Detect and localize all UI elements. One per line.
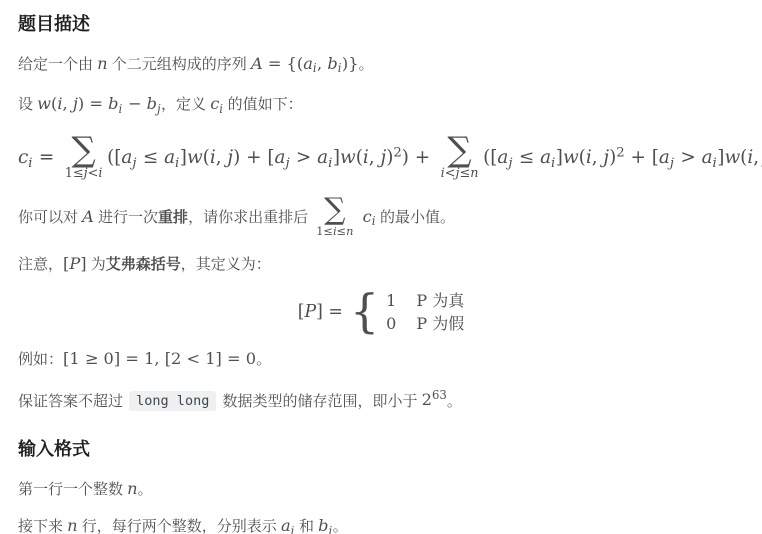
case-condition: P 为假 (416, 313, 464, 334)
cases-rows: 1P 为真0P 为假 (386, 290, 464, 334)
sigma-icon: ∑ (324, 196, 345, 224)
inline-math: ci (210, 94, 223, 113)
paragraph-iverson-note: 注意，[P] 为艾弗森括号，其定义为： (18, 253, 744, 276)
case-value: 1 (386, 290, 396, 311)
inline-math: [P] (63, 254, 87, 273)
paragraph-example: 例如：[1 ≥ 0] = 1, [2 < 1] = 0。 (18, 348, 744, 371)
paragraph-w-definition: 设 w(i, j) = bi − bj，定义 ci 的值如下： (18, 93, 744, 119)
text-run: 的值如下： (223, 96, 302, 113)
text-run: 接下来 (18, 518, 67, 534)
sigma-icon: ∑ (447, 134, 471, 166)
inline-math: bi (318, 516, 333, 534)
display-formula-iverson-cases: [P] ={1P 为真0P 为假 (18, 290, 744, 334)
text-run: 行，每行两个整数，分别表示 (78, 518, 281, 534)
summation-symbol: ∑1≤j<i (65, 134, 103, 182)
text-run: ，请你求出重排后 (188, 209, 312, 226)
text-run: 注意， (18, 256, 63, 273)
inline-math: ai (281, 516, 295, 534)
summation-symbol: ∑i<j≤n (441, 134, 479, 182)
text-run: 个二元组构成的序列 (108, 56, 251, 73)
text-run: ，定义 (161, 96, 210, 113)
inline-math: n (67, 516, 77, 534)
text-run: 进行一次 (94, 209, 158, 226)
section-heading-input-format: 输入格式 (18, 439, 744, 460)
sigma-icon: ∑ (71, 134, 95, 166)
inline-math: A (82, 207, 94, 226)
display-formula-ci: ci = ∑1≤j<i([aj ≤ ai]w(i, j) + [aj > ai]… (18, 134, 744, 182)
text-run: 和 (295, 518, 318, 534)
summation-symbol: ∑1≤i≤n (316, 196, 353, 239)
text-run: 例如： (18, 351, 63, 368)
case-value: 0 (386, 313, 396, 334)
text-run: 你可以对 (18, 209, 82, 226)
cases-row: 1P 为真 (386, 290, 464, 311)
paragraph-input-line1: 第一行一个整数 n。 (18, 478, 744, 501)
text-run: 。 (138, 481, 153, 498)
inline-math: A = {(ai, bi)} (251, 54, 359, 73)
text-run: 。 (333, 518, 348, 534)
section-heading-description: 题目描述 (18, 14, 744, 35)
paragraph-answer-bound: 保证答案不超过 long long 数据类型的储存范围，即小于 263。 (18, 385, 744, 413)
paragraph-input-lines: 接下来 n 行，每行两个整数，分别表示 ai 和 bi。 (18, 515, 744, 534)
curly-brace-icon: { (350, 289, 379, 333)
paragraph-sequence-definition: 给定一个由 n 个二元组构成的序列 A = {(ai, bi)}。 (18, 53, 744, 79)
bold-text-run: 艾弗森括号 (106, 256, 181, 273)
text-run: 数据类型的储存范围，即小于 (218, 392, 421, 409)
text-run: 的最小值。 (376, 209, 455, 226)
text-run: ，其定义为： (181, 256, 271, 273)
paragraph-task: 你可以对 A 进行一次重排，请你求出重排后 ∑1≤i≤n ci 的最小值。 (18, 196, 744, 239)
text-run: 设 (18, 96, 37, 113)
inline-code-chip: long long (129, 391, 216, 411)
cases-lhs: [P] = (298, 302, 343, 322)
inline-math: w(i, j) = bi − bj (37, 94, 161, 113)
text-run: 。 (256, 351, 271, 368)
inline-math: ∑1≤i≤n ci (312, 207, 376, 226)
text-run: 。 (359, 56, 374, 73)
text-run: 为 (87, 256, 106, 273)
cases-row: 0P 为假 (386, 313, 464, 334)
inline-math: [1 ≥ 0] = 1, [2 < 1] = 0 (63, 349, 256, 368)
inline-math: n (97, 54, 107, 73)
bold-text-run: 重排 (158, 209, 188, 226)
inline-math: 263 (422, 390, 447, 409)
display-math: ci = ∑1≤j<i([aj ≤ ai]w(i, j) + [aj > ai]… (18, 147, 762, 168)
inline-math: n (127, 479, 137, 498)
text-run: 第一行一个整数 (18, 481, 127, 498)
problem-statement: 题目描述 给定一个由 n 个二元组构成的序列 A = {(ai, bi)}。 设… (18, 14, 744, 534)
case-condition: P 为真 (416, 290, 464, 311)
text-run: 。 (447, 392, 462, 409)
text-run: 保证答案不超过 (18, 392, 127, 409)
text-run: 给定一个由 (18, 56, 97, 73)
